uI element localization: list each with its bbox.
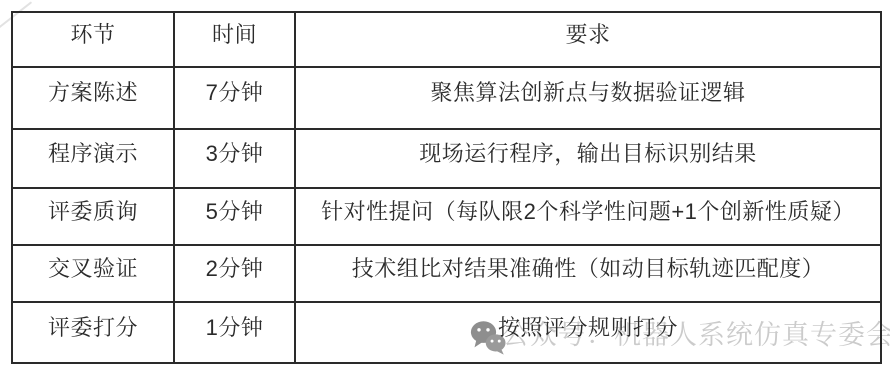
cell-time: 5分钟 <box>174 188 295 245</box>
header-requirement: 要求 <box>295 12 881 67</box>
cell-time: 3分钟 <box>174 129 295 188</box>
table-row: 方案陈述 7分钟 聚焦算法创新点与数据验证逻辑 <box>12 67 881 129</box>
header-stage: 环节 <box>12 12 174 67</box>
table-row: 交叉验证 2分钟 技术组比对结果准确性（如动目标轨迹匹配度） <box>12 245 881 302</box>
cell-stage: 方案陈述 <box>12 67 174 129</box>
cell-time: 7分钟 <box>174 67 295 129</box>
cell-requirement: 技术组比对结果准确性（如动目标轨迹匹配度） <box>295 245 881 302</box>
table-row: 评委质询 5分钟 针对性提问（每队限2个科学性问题+1个创新性质疑） <box>12 188 881 245</box>
cell-stage: 评委质询 <box>12 188 174 245</box>
cell-stage: 交叉验证 <box>12 245 174 302</box>
cell-requirement: 聚焦算法创新点与数据验证逻辑 <box>295 67 881 129</box>
header-time: 时间 <box>174 12 295 67</box>
review-schedule-table: 环节 时间 要求 方案陈述 7分钟 聚焦算法创新点与数据验证逻辑 程序演示 3分… <box>11 11 882 364</box>
cell-time: 1分钟 <box>174 302 295 363</box>
table-row: 程序演示 3分钟 现场运行程序，输出目标识别结果 <box>12 129 881 188</box>
cell-time: 2分钟 <box>174 245 295 302</box>
document-page: 公众号：机器人系统仿真专委会 环节 时间 要求 方案陈述 7分钟 聚焦算法创新点… <box>0 0 890 370</box>
cell-requirement: 现场运行程序，输出目标识别结果 <box>295 129 881 188</box>
table-row: 评委打分 1分钟 按照评分规则打分 <box>12 302 881 363</box>
cell-requirement: 针对性提问（每队限2个科学性问题+1个创新性质疑） <box>295 188 881 245</box>
cell-stage: 评委打分 <box>12 302 174 363</box>
cell-stage: 程序演示 <box>12 129 174 188</box>
cell-requirement: 按照评分规则打分 <box>295 302 881 363</box>
header-row: 环节 时间 要求 <box>12 12 881 67</box>
